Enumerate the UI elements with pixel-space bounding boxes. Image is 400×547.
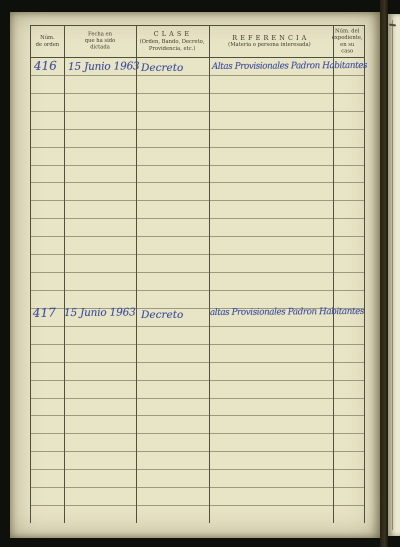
ruled-row	[31, 363, 364, 381]
ruled-row	[31, 399, 364, 417]
ruled-row	[31, 237, 364, 255]
ruled-row	[31, 506, 364, 523]
ruled-row	[31, 166, 364, 184]
ruled-row	[31, 255, 364, 273]
ruled-row	[31, 130, 364, 148]
header-num-orden: Núm. de orden	[31, 26, 64, 57]
ruled-row	[31, 76, 364, 94]
ruled-row	[31, 219, 364, 237]
ruled-row	[31, 58, 364, 76]
ruled-row	[31, 488, 364, 506]
ruled-rows	[31, 58, 364, 523]
ruled-row	[31, 452, 364, 470]
header-num-expediente: Núm. del expediente, en su caso	[331, 26, 364, 57]
ruled-row	[31, 201, 364, 219]
ruled-row	[31, 148, 364, 166]
ruled-row	[31, 112, 364, 130]
header-clase-main: C L A S E	[154, 30, 190, 38]
ruled-row	[31, 345, 364, 363]
ruled-row	[31, 470, 364, 488]
header-clase: C L A S E (Orden, Bando, Decreto, Provid…	[135, 26, 208, 57]
header-clase-sub: (Orden, Bando, Decreto, Providencia, etc…	[139, 39, 204, 52]
ruled-row	[31, 183, 364, 201]
ruled-row	[31, 434, 364, 452]
ruled-row	[31, 416, 364, 434]
ledger-page: Núm. de orden Fecha en que ha sido dicta…	[10, 12, 380, 538]
ruled-row	[31, 327, 364, 345]
page-gutter-shadow	[380, 0, 388, 547]
adjacent-page-edge	[388, 14, 400, 536]
ruled-row	[31, 94, 364, 112]
header-fecha-sub: Fecha en que ha sido dictada	[84, 32, 114, 52]
scan-background: Núm. de orden Fecha en que ha sido dicta…	[0, 0, 400, 547]
registry-table: Núm. de orden Fecha en que ha sido dicta…	[30, 25, 365, 523]
header-referencia-sub: (Materia o persona interesada)	[228, 42, 310, 49]
ruled-row	[31, 381, 364, 399]
header-num-orden-sub: Núm. de orden	[36, 35, 60, 48]
header-fecha: Fecha en que ha sido dictada	[64, 26, 136, 57]
ruled-row	[31, 291, 364, 309]
adjacent-page-ruled-line	[392, 20, 393, 530]
ruled-row	[31, 309, 364, 327]
ruled-row	[31, 273, 364, 291]
header-num-expediente-sub: Núm. del expediente, en su caso	[332, 28, 363, 54]
header-referencia-main: R E F E R E N C I A	[232, 34, 307, 42]
table-header: Núm. de orden Fecha en que ha sido dicta…	[31, 26, 364, 58]
header-referencia: R E F E R E N C I A (Materia o persona i…	[208, 26, 331, 57]
